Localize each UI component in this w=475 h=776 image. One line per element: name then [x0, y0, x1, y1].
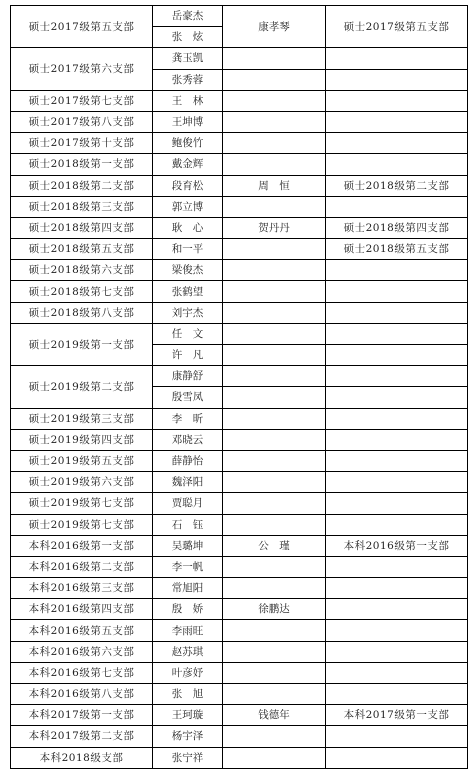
advisor-cell	[223, 408, 326, 429]
table-row: 本科2016级第三支部常旭阳	[11, 578, 468, 599]
branch-name-cell: 硕士2018级第八支部	[11, 302, 153, 323]
advisor-cell	[223, 514, 326, 535]
member-name-cell: 郭立博	[153, 196, 223, 217]
advisor-cell	[223, 472, 326, 493]
advisor-cell	[223, 260, 326, 281]
member-name-cell: 王 林	[153, 90, 223, 111]
table-row: 硕士2017级第六支部龚玉凯	[11, 48, 468, 69]
branch-name-cell: 硕士2019级第六支部	[11, 472, 153, 493]
branch-name-cell: 硕士2017级第六支部	[11, 48, 153, 90]
member-name-cell: 魏泽阳	[153, 472, 223, 493]
member-name-cell: 刘宇杰	[153, 302, 223, 323]
advisor-branch-cell	[326, 48, 468, 69]
advisor-branch-cell: 本科2016级第一支部	[326, 535, 468, 556]
advisor-branch-cell	[326, 111, 468, 132]
advisor-branch-cell	[326, 493, 468, 514]
member-name-cell: 张鹤望	[153, 281, 223, 302]
table-row: 硕士2017级第七支部王 林	[11, 90, 468, 111]
advisor-branch-cell	[326, 662, 468, 683]
advisor-cell	[223, 154, 326, 175]
advisor-cell: 徐鹏达	[223, 599, 326, 620]
advisor-cell	[223, 662, 326, 683]
advisor-branch-cell: 硕士2018级第四支部	[326, 217, 468, 238]
member-name-cell: 殷雪凤	[153, 387, 223, 408]
table-row: 硕士2018级第七支部张鹤望	[11, 281, 468, 302]
member-name-cell: 岳豪杰	[153, 6, 223, 27]
branch-name-cell: 本科2016级第七支部	[11, 662, 153, 683]
advisor-cell	[223, 345, 326, 366]
branch-name-cell: 硕士2018级第七支部	[11, 281, 153, 302]
member-name-cell: 鲍俊竹	[153, 133, 223, 154]
branch-name-cell: 硕士2017级第七支部	[11, 90, 153, 111]
member-name-cell: 李雨旺	[153, 620, 223, 641]
branch-name-cell: 本科2016级第二支部	[11, 556, 153, 577]
member-name-cell: 龚玉凯	[153, 48, 223, 69]
advisor-branch-cell	[326, 281, 468, 302]
branch-name-cell: 硕士2019级第一支部	[11, 323, 153, 365]
advisor-branch-cell	[326, 345, 468, 366]
member-name-cell: 张秀蓉	[153, 69, 223, 90]
table-row: 硕士2017级第八支部王坤博	[11, 111, 468, 132]
advisor-cell	[223, 90, 326, 111]
table-row: 硕士2017级第十支部鲍俊竹	[11, 133, 468, 154]
advisor-cell	[223, 69, 326, 90]
advisor-branch-cell	[326, 599, 468, 620]
branch-name-cell: 硕士2018级第一支部	[11, 154, 153, 175]
advisor-cell	[223, 281, 326, 302]
member-name-cell: 王坤博	[153, 111, 223, 132]
advisor-branch-cell	[326, 641, 468, 662]
branch-name-cell: 硕士2018级第五支部	[11, 239, 153, 260]
advisor-cell	[223, 387, 326, 408]
branch-assignment-table: 硕士2017级第五支部岳豪杰康孝琴硕士2017级第五支部张 炫硕士2017级第六…	[10, 5, 468, 769]
advisor-cell	[223, 578, 326, 599]
table-row: 硕士2019级第四支部邓晓云	[11, 429, 468, 450]
advisor-branch-cell	[326, 726, 468, 747]
table-row: 硕士2019级第六支部魏泽阳	[11, 472, 468, 493]
member-name-cell: 邓晓云	[153, 429, 223, 450]
table-row: 硕士2018级第四支部耿 心贺丹丹硕士2018级第四支部	[11, 217, 468, 238]
advisor-cell	[223, 684, 326, 705]
advisor-branch-cell	[326, 196, 468, 217]
member-name-cell: 和一平	[153, 239, 223, 260]
member-name-cell: 梁俊杰	[153, 260, 223, 281]
member-name-cell: 戴金辉	[153, 154, 223, 175]
branch-name-cell: 硕士2017级第八支部	[11, 111, 153, 132]
advisor-cell	[223, 239, 326, 260]
advisor-cell: 钱德年	[223, 705, 326, 726]
advisor-branch-cell: 硕士2017级第五支部	[326, 6, 468, 48]
table-row: 本科2016级第六支部赵苏琪	[11, 641, 468, 662]
advisor-branch-cell	[326, 429, 468, 450]
advisor-cell	[223, 450, 326, 471]
advisor-cell	[223, 302, 326, 323]
advisor-cell: 康孝琴	[223, 6, 326, 48]
advisor-branch-cell	[326, 472, 468, 493]
member-name-cell: 吴璐坤	[153, 535, 223, 556]
table-row: 本科2016级第四支部殷 娇徐鹏达	[11, 599, 468, 620]
branch-name-cell: 硕士2018级第六支部	[11, 260, 153, 281]
advisor-cell: 周 恒	[223, 175, 326, 196]
advisor-branch-cell: 硕士2018级第二支部	[326, 175, 468, 196]
advisor-branch-cell	[326, 514, 468, 535]
table-row: 硕士2019级第一支部任 文	[11, 323, 468, 344]
member-name-cell: 康静舒	[153, 366, 223, 387]
advisor-cell	[223, 133, 326, 154]
advisor-branch-cell	[326, 620, 468, 641]
table-row: 本科2016级第二支部李一帆	[11, 556, 468, 577]
member-name-cell: 张 炫	[153, 27, 223, 48]
table-row: 硕士2019级第七支部石 钰	[11, 514, 468, 535]
table-row: 硕士2018级第五支部和一平硕士2018级第五支部	[11, 239, 468, 260]
advisor-cell	[223, 48, 326, 69]
advisor-cell	[223, 726, 326, 747]
branch-name-cell: 硕士2019级第四支部	[11, 429, 153, 450]
table-row: 本科2016级第一支部吴璐坤公 瑾本科2016级第一支部	[11, 535, 468, 556]
advisor-branch-cell	[326, 69, 468, 90]
member-name-cell: 常旭阳	[153, 578, 223, 599]
advisor-cell: 公 瑾	[223, 535, 326, 556]
advisor-cell	[223, 429, 326, 450]
branch-name-cell: 硕士2019级第五支部	[11, 450, 153, 471]
table-row: 硕士2017级第五支部岳豪杰康孝琴硕士2017级第五支部	[11, 6, 468, 27]
branch-name-cell: 本科2016级第八支部	[11, 684, 153, 705]
advisor-branch-cell	[326, 684, 468, 705]
member-name-cell: 耿 心	[153, 217, 223, 238]
advisor-branch-cell: 本科2017级第一支部	[326, 705, 468, 726]
advisor-branch-cell	[326, 387, 468, 408]
table-row: 硕士2019级第五支部薛静怡	[11, 450, 468, 471]
advisor-branch-cell	[326, 260, 468, 281]
member-name-cell: 任 文	[153, 323, 223, 344]
member-name-cell: 李 昕	[153, 408, 223, 429]
table-row: 硕士2018级第二支部段育松周 恒硕士2018级第二支部	[11, 175, 468, 196]
member-name-cell: 赵苏琪	[153, 641, 223, 662]
table-row: 本科2016级第七支部叶彦妤	[11, 662, 468, 683]
branch-name-cell: 硕士2019级第二支部	[11, 366, 153, 408]
table-row: 硕士2019级第七支部贾聪月	[11, 493, 468, 514]
advisor-branch-cell	[326, 366, 468, 387]
branch-name-cell: 硕士2018级第二支部	[11, 175, 153, 196]
advisor-branch-cell	[326, 578, 468, 599]
branch-name-cell: 本科2018级支部	[11, 747, 153, 768]
table-row: 硕士2018级第六支部梁俊杰	[11, 260, 468, 281]
member-name-cell: 杨宇泽	[153, 726, 223, 747]
table-row: 本科2016级第五支部李雨旺	[11, 620, 468, 641]
member-name-cell: 许 凡	[153, 345, 223, 366]
branch-name-cell: 硕士2018级第四支部	[11, 217, 153, 238]
branch-name-cell: 本科2016级第一支部	[11, 535, 153, 556]
table-row: 硕士2018级第一支部戴金辉	[11, 154, 468, 175]
table-row: 本科2016级第八支部张 旭	[11, 684, 468, 705]
table-row: 本科2018级支部张宁祥	[11, 747, 468, 768]
advisor-branch-cell	[326, 747, 468, 768]
advisor-cell	[223, 366, 326, 387]
advisor-branch-cell	[326, 450, 468, 471]
member-name-cell: 薛静怡	[153, 450, 223, 471]
table-row: 本科2017级第二支部杨宇泽	[11, 726, 468, 747]
branch-name-cell: 本科2016级第五支部	[11, 620, 153, 641]
advisor-branch-cell	[326, 302, 468, 323]
table-row: 硕士2019级第三支部李 昕	[11, 408, 468, 429]
branch-name-cell: 本科2017级第一支部	[11, 705, 153, 726]
advisor-branch-cell: 硕士2018级第五支部	[326, 239, 468, 260]
advisor-cell	[223, 556, 326, 577]
advisor-cell	[223, 641, 326, 662]
member-name-cell: 贾聪月	[153, 493, 223, 514]
branch-name-cell: 硕士2018级第三支部	[11, 196, 153, 217]
advisor-branch-cell	[326, 408, 468, 429]
member-name-cell: 张 旭	[153, 684, 223, 705]
member-name-cell: 段育松	[153, 175, 223, 196]
advisor-cell	[223, 111, 326, 132]
branch-name-cell: 硕士2019级第七支部	[11, 514, 153, 535]
branch-name-cell: 硕士2019级第三支部	[11, 408, 153, 429]
member-name-cell: 石 钰	[153, 514, 223, 535]
branch-name-cell: 硕士2017级第十支部	[11, 133, 153, 154]
branch-name-cell: 本科2016级第三支部	[11, 578, 153, 599]
branch-name-cell: 硕士2019级第七支部	[11, 493, 153, 514]
advisor-cell: 贺丹丹	[223, 217, 326, 238]
member-name-cell: 张宁祥	[153, 747, 223, 768]
advisor-cell	[223, 323, 326, 344]
table-row: 本科2017级第一支部王珂璇钱德年本科2017级第一支部	[11, 705, 468, 726]
advisor-cell	[223, 493, 326, 514]
advisor-cell	[223, 747, 326, 768]
advisor-branch-cell	[326, 133, 468, 154]
advisor-branch-cell	[326, 154, 468, 175]
member-name-cell: 叶彦妤	[153, 662, 223, 683]
advisor-cell	[223, 620, 326, 641]
advisor-branch-cell	[326, 323, 468, 344]
branch-name-cell: 硕士2017级第五支部	[11, 6, 153, 48]
branch-name-cell: 本科2016级第四支部	[11, 599, 153, 620]
branch-name-cell: 本科2017级第二支部	[11, 726, 153, 747]
branch-name-cell: 本科2016级第六支部	[11, 641, 153, 662]
table-row: 硕士2019级第二支部康静舒	[11, 366, 468, 387]
table-body: 硕士2017级第五支部岳豪杰康孝琴硕士2017级第五支部张 炫硕士2017级第六…	[11, 6, 468, 769]
advisor-branch-cell	[326, 90, 468, 111]
member-name-cell: 殷 娇	[153, 599, 223, 620]
table-row: 硕士2018级第三支部郭立博	[11, 196, 468, 217]
member-name-cell: 王珂璇	[153, 705, 223, 726]
advisor-branch-cell	[326, 556, 468, 577]
member-name-cell: 李一帆	[153, 556, 223, 577]
advisor-cell	[223, 196, 326, 217]
table-row: 硕士2018级第八支部刘宇杰	[11, 302, 468, 323]
